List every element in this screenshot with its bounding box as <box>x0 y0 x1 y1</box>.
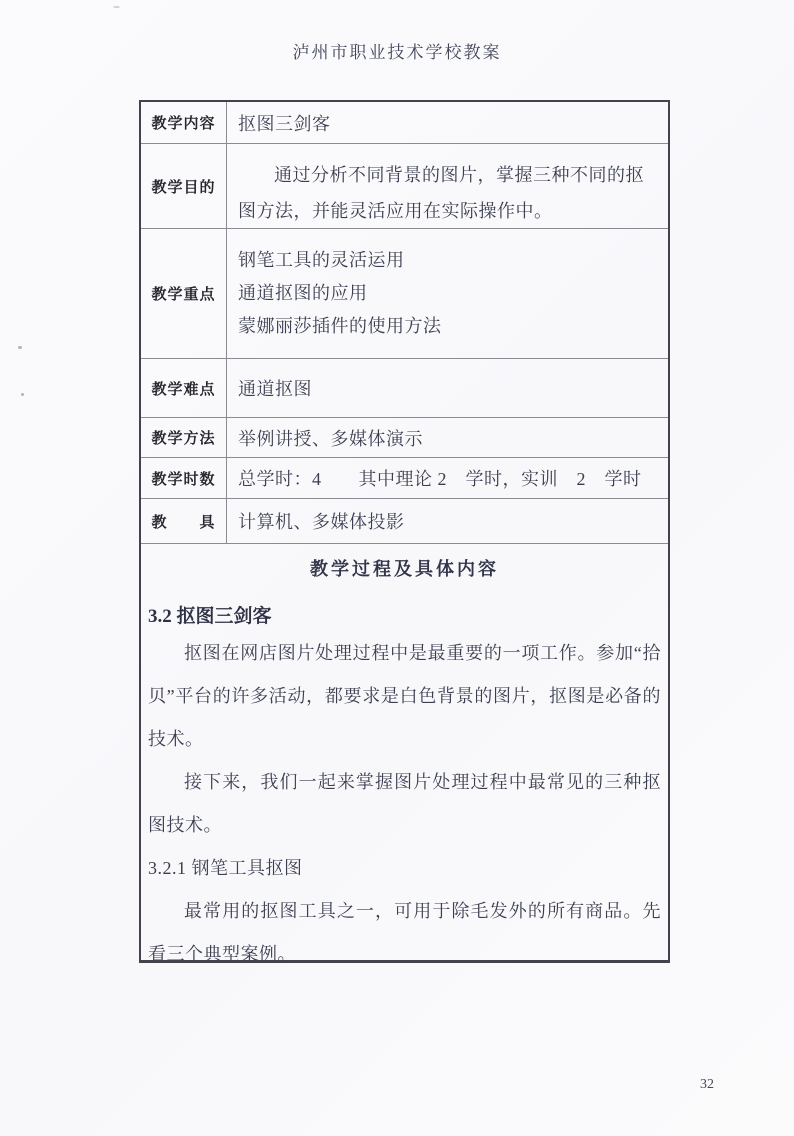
key-point-line: 蒙娜丽莎插件的使用方法 <box>238 310 442 343</box>
row-value: 举例讲授、多媒体演示 <box>227 418 668 457</box>
row-label: 教学目的 <box>141 144 227 228</box>
row-value: 抠图三剑客 <box>227 102 668 143</box>
scan-speck <box>18 346 22 349</box>
page-number: 32 <box>700 1077 714 1093</box>
row-value: 通道抠图 <box>227 359 668 417</box>
teaching-process-section: 教学过程及具体内容 3.2 抠图三剑客 抠图在网店图片处理过程中是最重要的一项工… <box>141 544 668 960</box>
table-row-teaching-method: 教学方法 举例讲授、多媒体演示 <box>141 418 668 458</box>
page-header-title: 泸州市职业技术学校教案 <box>0 38 794 63</box>
body-paragraph: 最常用的抠图工具之一，可用于除毛发外的所有商品。先看三个典型案例。 <box>148 890 661 960</box>
row-label: 教 具 <box>141 499 227 543</box>
scanned-lesson-plan-page: 泸州市职业技术学校教案 教学内容 抠图三剑客 教学目的 通过分析不同背景的图片，… <box>0 0 794 1136</box>
subsubsection-title: 3.2.1 钢笔工具抠图 <box>148 847 661 890</box>
table-row-teaching-key-points: 教学重点 钢笔工具的灵活运用 通道抠图的应用 蒙娜丽莎插件的使用方法 <box>141 229 668 359</box>
body-paragraph: 抠图在网店图片处理过程中是最重要的一项工作。参加“拾贝”平台的许多活动，都要求是… <box>148 632 661 761</box>
table-row-teaching-objective: 教学目的 通过分析不同背景的图片，掌握三种不同的抠图方法，并能灵活应用在实际操作… <box>141 144 668 229</box>
row-value: 通过分析不同背景的图片，掌握三种不同的抠图方法，并能灵活应用在实际操作中。 <box>227 144 668 228</box>
row-label: 教学重点 <box>141 229 227 358</box>
table-row-teaching-hours: 教学时数 总学时：4 其中理论 2 学时，实训 2 学时 <box>141 458 668 499</box>
row-label: 教学内容 <box>141 102 227 143</box>
row-label: 教学时数 <box>141 458 227 498</box>
row-label: 教学难点 <box>141 359 227 417</box>
key-point-line: 通道抠图的应用 <box>238 277 368 310</box>
row-label: 教学方法 <box>141 418 227 457</box>
section-heading: 教学过程及具体内容 <box>148 555 661 581</box>
scan-speck <box>113 6 120 8</box>
row-value: 总学时：4 其中理论 2 学时，实训 2 学时 <box>227 458 668 498</box>
row-value: 钢笔工具的灵活运用 通道抠图的应用 蒙娜丽莎插件的使用方法 <box>227 229 668 358</box>
body-paragraph: 接下来，我们一起来掌握图片处理过程中最常见的三种抠图技术。 <box>148 761 661 847</box>
table-row-teaching-aids: 教 具 计算机、多媒体投影 <box>141 499 668 544</box>
subsection-title: 3.2 抠图三剑客 <box>148 602 661 632</box>
scan-speck <box>21 393 24 396</box>
lesson-plan-table: 教学内容 抠图三剑客 教学目的 通过分析不同背景的图片，掌握三种不同的抠图方法，… <box>139 100 670 963</box>
row-value: 计算机、多媒体投影 <box>227 499 668 543</box>
key-point-line: 钢笔工具的灵活运用 <box>238 244 405 277</box>
table-row-teaching-difficulty: 教学难点 通道抠图 <box>141 359 668 418</box>
table-row-teaching-content: 教学内容 抠图三剑客 <box>141 102 668 144</box>
